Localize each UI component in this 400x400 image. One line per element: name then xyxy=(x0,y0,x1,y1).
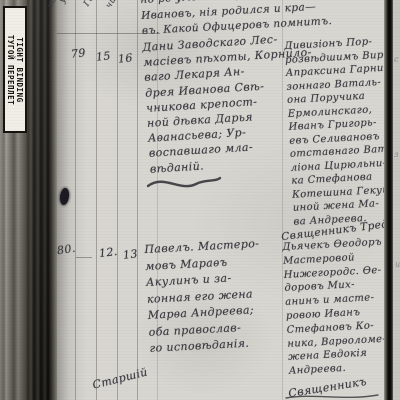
next-page-sliver: с з и xyxy=(393,0,400,400)
tight-binding-label-text: TIGHT BINDING ТУГОЙ ПЕРЕПЛЕТ xyxy=(6,11,24,129)
entry1-right-column-text: Дивизіонъ Пор-розвѣдшимъ Вир-Апраксина Г… xyxy=(284,34,400,228)
entry2-left-column-text: Павелъ. Мастеро-мовъ МараѳъАкулинъ и за-… xyxy=(144,235,290,358)
column-rule-4 xyxy=(137,0,138,400)
next-page-mark: з xyxy=(394,150,398,159)
next-page-mark: с xyxy=(394,55,398,64)
tight-binding-label: TIGHT BINDING ТУГОЙ ПЕРЕПЛЕТ xyxy=(3,6,27,133)
page-edge-shadow xyxy=(384,0,393,400)
label-line-english: TIGHT BINDING xyxy=(15,11,24,129)
scanned-register-page: TIGHT BINDING ТУГОЙ ПЕРЕПЛЕТ писано Умер… xyxy=(0,0,400,400)
flourish-underline xyxy=(146,176,222,194)
entry2-died-day: 12. xyxy=(98,245,118,260)
entry1-buried-day: 16 xyxy=(117,51,133,65)
entry1-record-number: 79 xyxy=(70,46,86,60)
entry2-buried-day: 13 xyxy=(122,247,138,262)
label-line-russian: ТУГОЙ ПЕРЕПЛЕТ xyxy=(6,11,15,129)
entry1-died-day: 15 xyxy=(95,49,111,63)
record-80-dash xyxy=(76,257,92,258)
entry1-left-column-text: Дани Заводскаго Лес-масіевъ пѣхоты, Корн… xyxy=(142,31,292,176)
entry2-right-column-text: Дьячекъ ѲеодоръМастеровойНижегородс. Ѳе-… xyxy=(282,235,399,379)
signature-flourish xyxy=(284,393,380,400)
next-page-mark: и xyxy=(395,260,400,269)
